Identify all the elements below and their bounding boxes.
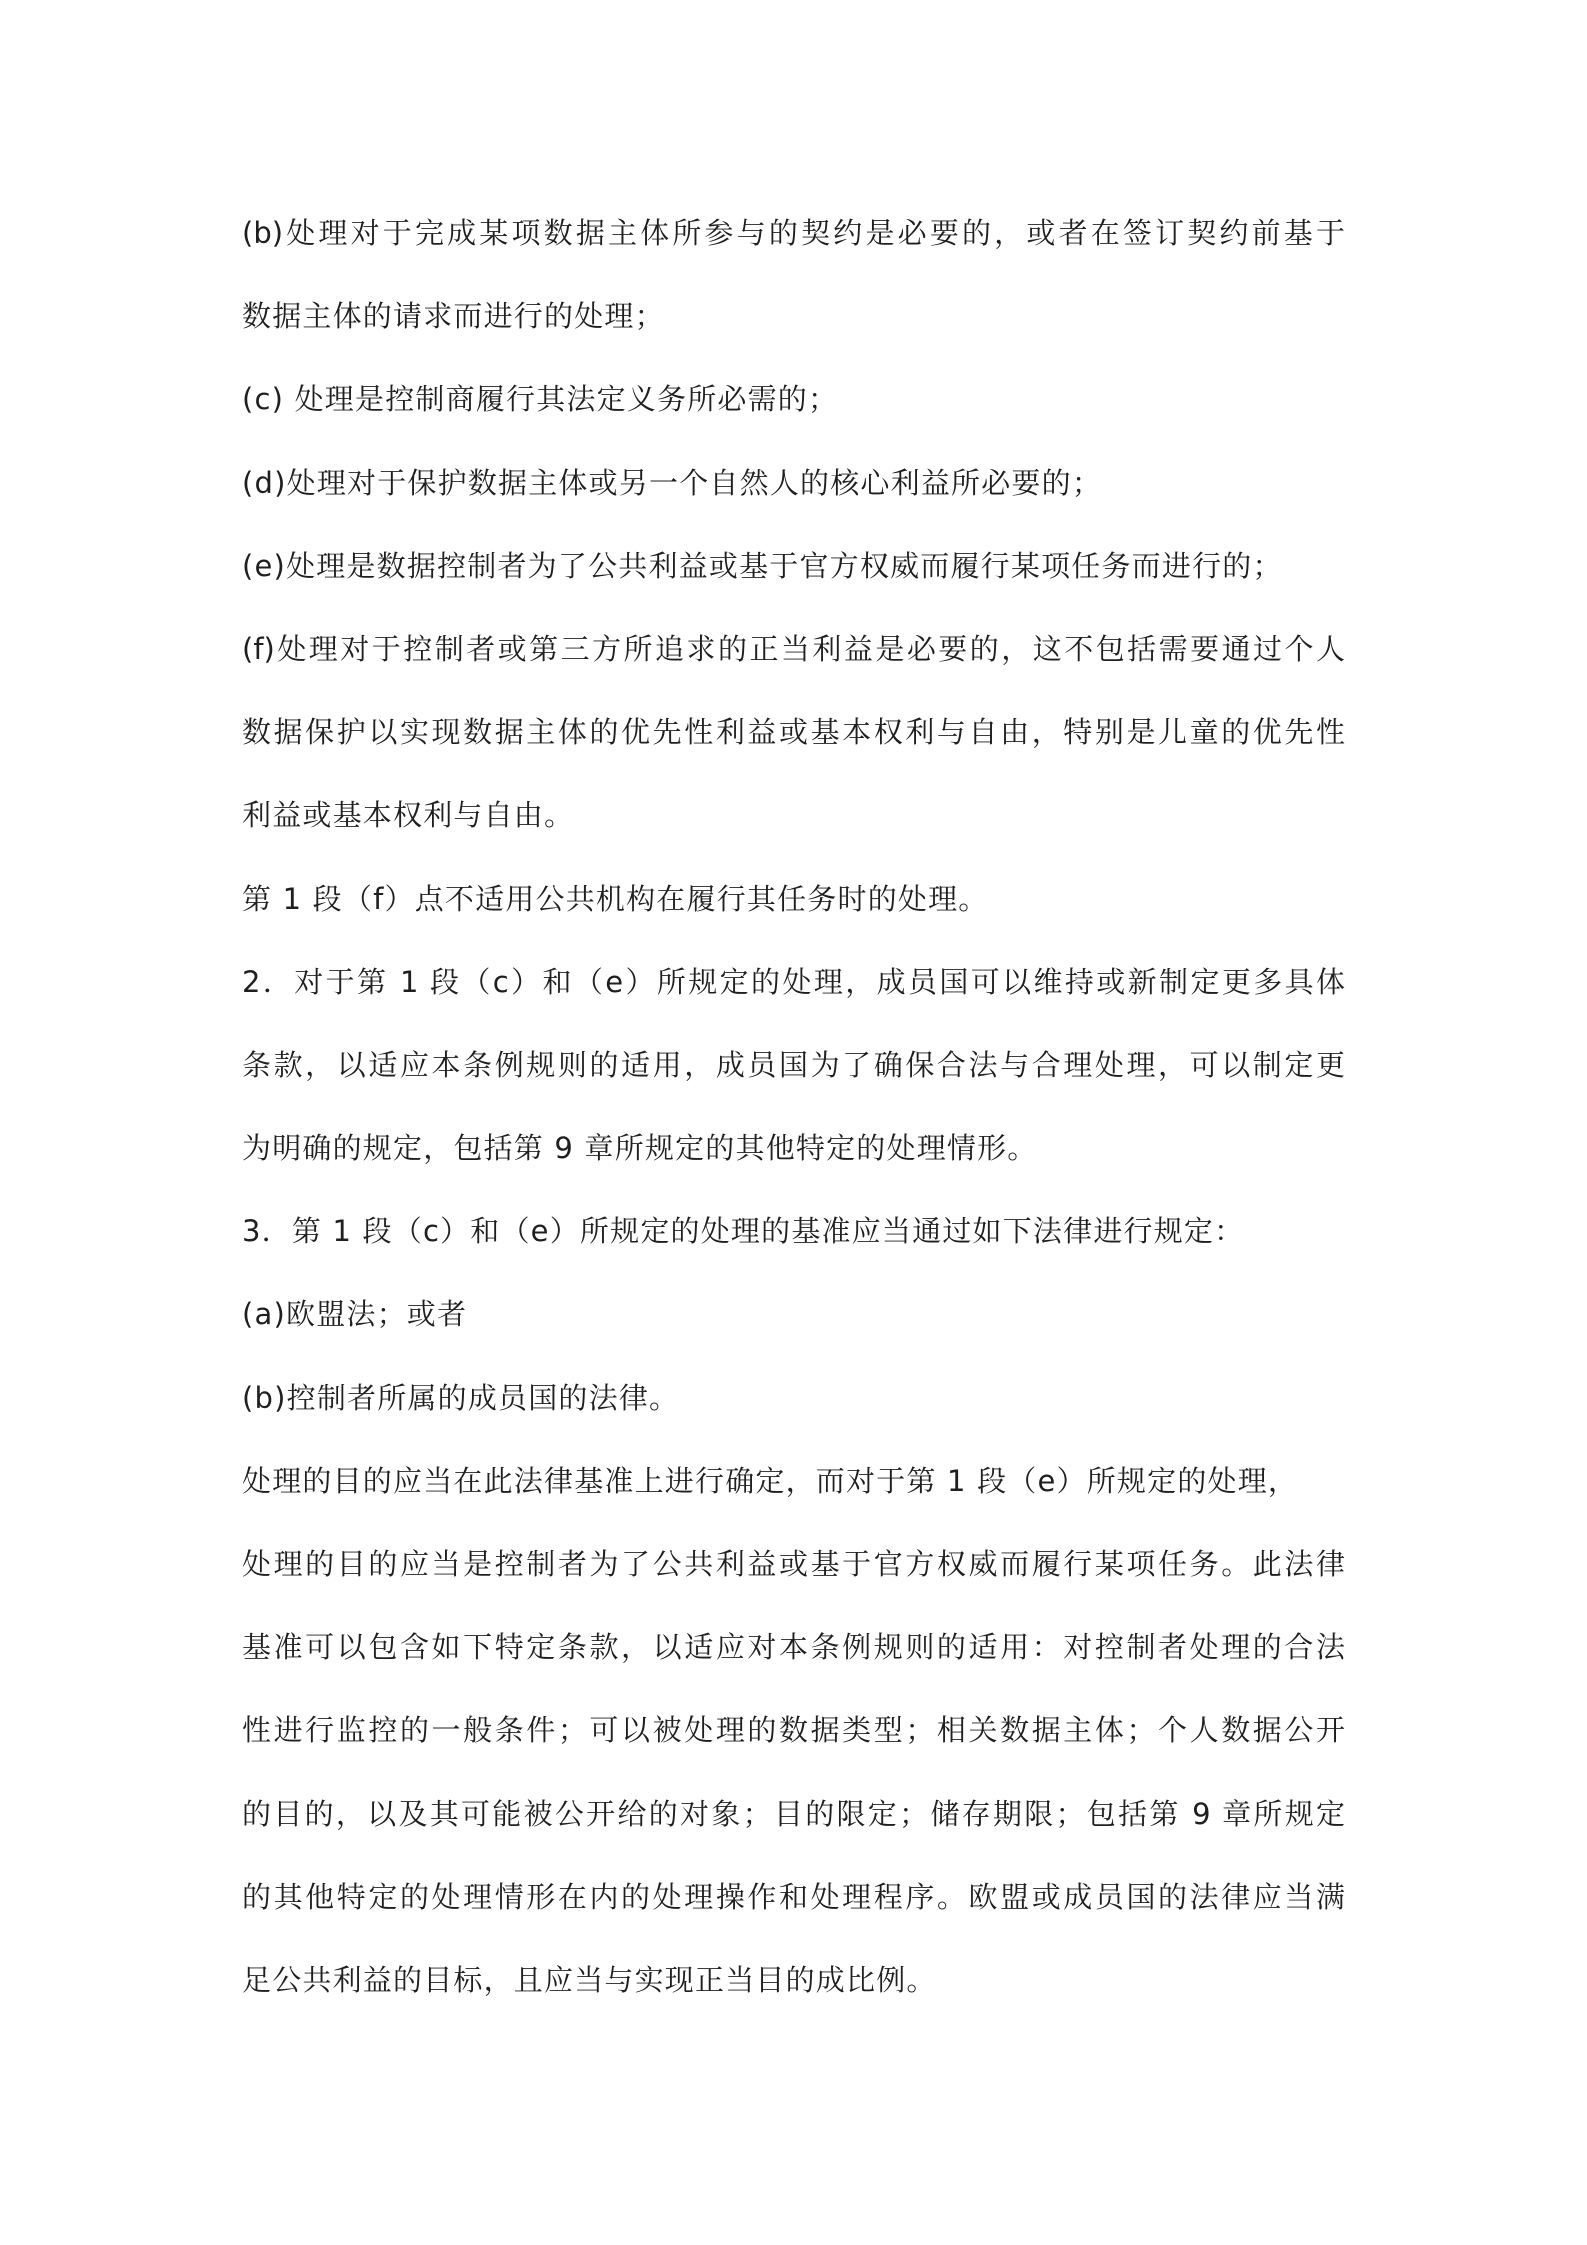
text-line: 足公共利益的目标，且应当与实现正当目的成比例。 [242, 1959, 1345, 2042]
text-line: (a)欧盟法；或者 [242, 1293, 1345, 1376]
text-line: 的其他特定的处理情形在内的处理操作和处理程序。欧盟或成员国的法律应当满 [242, 1876, 1345, 1959]
text-line: (f)处理对于控制者或第三方所追求的正当利益是必要的，这不包括需要通过个人 [242, 628, 1345, 711]
text-line: (c) 处理是控制商履行其法定义务所必需的； [242, 378, 1345, 461]
text-line: (d)处理对于保护数据主体或另一个自然人的核心利益所必要的； [242, 462, 1345, 545]
text-line: 处理的目的应当是控制者为了公共利益或基于官方权威而履行某项任务。此法律 [242, 1543, 1345, 1626]
text-line: 基准可以包含如下特定条款，以适应对本条例规则的适用：对控制者处理的合法 [242, 1626, 1345, 1709]
text-line: 为明确的规定，包括第 9 章所规定的其他特定的处理情形。 [242, 1127, 1345, 1210]
text-line: 性进行监控的一般条件；可以被处理的数据类型；相关数据主体；个人数据公开 [242, 1709, 1345, 1792]
text-line: 的目的，以及其可能被公开给的对象；目的限定；储存期限；包括第 9 章所规定 [242, 1793, 1345, 1876]
text-line: 3．第 1 段（c）和（e）所规定的处理的基准应当通过如下法律进行规定： [242, 1210, 1345, 1293]
document-body: (b)处理对于完成某项数据主体所参与的契约是必要的，或者在签订契约前基于 数据主… [242, 212, 1345, 2042]
text-line: 数据主体的请求而进行的处理； [242, 295, 1345, 378]
text-line: (b)处理对于完成某项数据主体所参与的契约是必要的，或者在签订契约前基于 [242, 212, 1345, 295]
text-line: 第 1 段（f）点不适用公共机构在履行其任务时的处理。 [242, 878, 1345, 961]
text-line: 利益或基本权利与自由。 [242, 794, 1345, 877]
text-line: (b)控制者所属的成员国的法律。 [242, 1377, 1345, 1460]
text-line: 数据保护以实现数据主体的优先性利益或基本权利与自由，特别是儿童的优先性 [242, 711, 1345, 794]
text-line: 条款，以适应本条例规则的适用，成员国为了确保合法与合理处理，可以制定更 [242, 1044, 1345, 1127]
text-line: 2．对于第 1 段（c）和（e）所规定的处理，成员国可以维持或新制定更多具体 [242, 961, 1345, 1044]
text-line: (e)处理是数据控制者为了公共利益或基于官方权威而履行某项任务而进行的； [242, 545, 1345, 628]
document-page: (b)处理对于完成某项数据主体所参与的契约是必要的，或者在签订契约前基于 数据主… [0, 0, 1587, 2245]
text-line: 处理的目的应当在此法律基准上进行确定，而对于第 1 段（e）所规定的处理， [242, 1460, 1345, 1543]
